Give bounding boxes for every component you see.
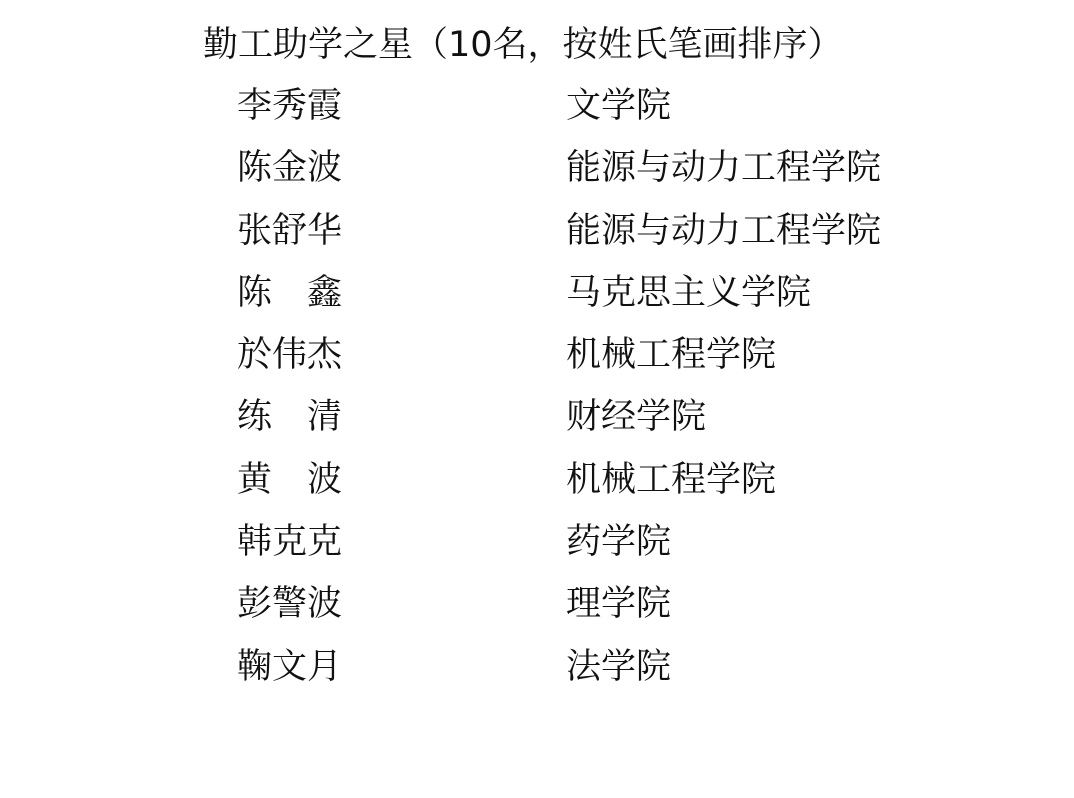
awardee-college: 机械工程学院 bbox=[566, 457, 776, 503]
awardee-name: 李秀霞 bbox=[237, 83, 342, 129]
awardee-college: 能源与动力工程学院 bbox=[566, 145, 881, 191]
awardee-list: 李秀霞 文学院 陈金波 能源与动力工程学院 张舒华 能源与动力工程学院 陈 鑫 … bbox=[0, 83, 1074, 706]
awardee-name: 陈 鑫 bbox=[237, 270, 342, 316]
page-title: 勤工助学之星（10名，按姓氏笔画排序） bbox=[203, 22, 843, 68]
awardee-college: 能源与动力工程学院 bbox=[566, 208, 881, 254]
list-item: 鞠文月 法学院 bbox=[0, 644, 1074, 706]
awardee-name: 彭警波 bbox=[237, 581, 342, 627]
list-item: 练 清 财经学院 bbox=[0, 394, 1074, 456]
awardee-name: 於伟杰 bbox=[237, 332, 342, 378]
awardee-college: 法学院 bbox=[566, 644, 671, 690]
awardee-name: 练 清 bbox=[237, 394, 342, 440]
awardee-name: 韩克克 bbox=[237, 519, 342, 565]
awardee-college: 药学院 bbox=[566, 519, 671, 565]
awardee-college: 机械工程学院 bbox=[566, 332, 776, 378]
awardee-college: 理学院 bbox=[566, 581, 671, 627]
awardee-college: 文学院 bbox=[566, 83, 671, 129]
list-item: 陈 鑫 马克思主义学院 bbox=[0, 270, 1074, 332]
list-item: 韩克克 药学院 bbox=[0, 519, 1074, 581]
list-item: 於伟杰 机械工程学院 bbox=[0, 332, 1074, 394]
list-item: 彭警波 理学院 bbox=[0, 581, 1074, 643]
list-item: 陈金波 能源与动力工程学院 bbox=[0, 145, 1074, 207]
awardee-name: 张舒华 bbox=[237, 208, 342, 254]
awardee-name: 陈金波 bbox=[237, 145, 342, 191]
awardee-name: 鞠文月 bbox=[237, 644, 342, 690]
awardee-college: 财经学院 bbox=[566, 394, 706, 440]
awardee-name: 黄 波 bbox=[237, 457, 342, 503]
list-item: 张舒华 能源与动力工程学院 bbox=[0, 208, 1074, 270]
awardee-college: 马克思主义学院 bbox=[566, 270, 811, 316]
list-item: 黄 波 机械工程学院 bbox=[0, 457, 1074, 519]
list-item: 李秀霞 文学院 bbox=[0, 83, 1074, 145]
